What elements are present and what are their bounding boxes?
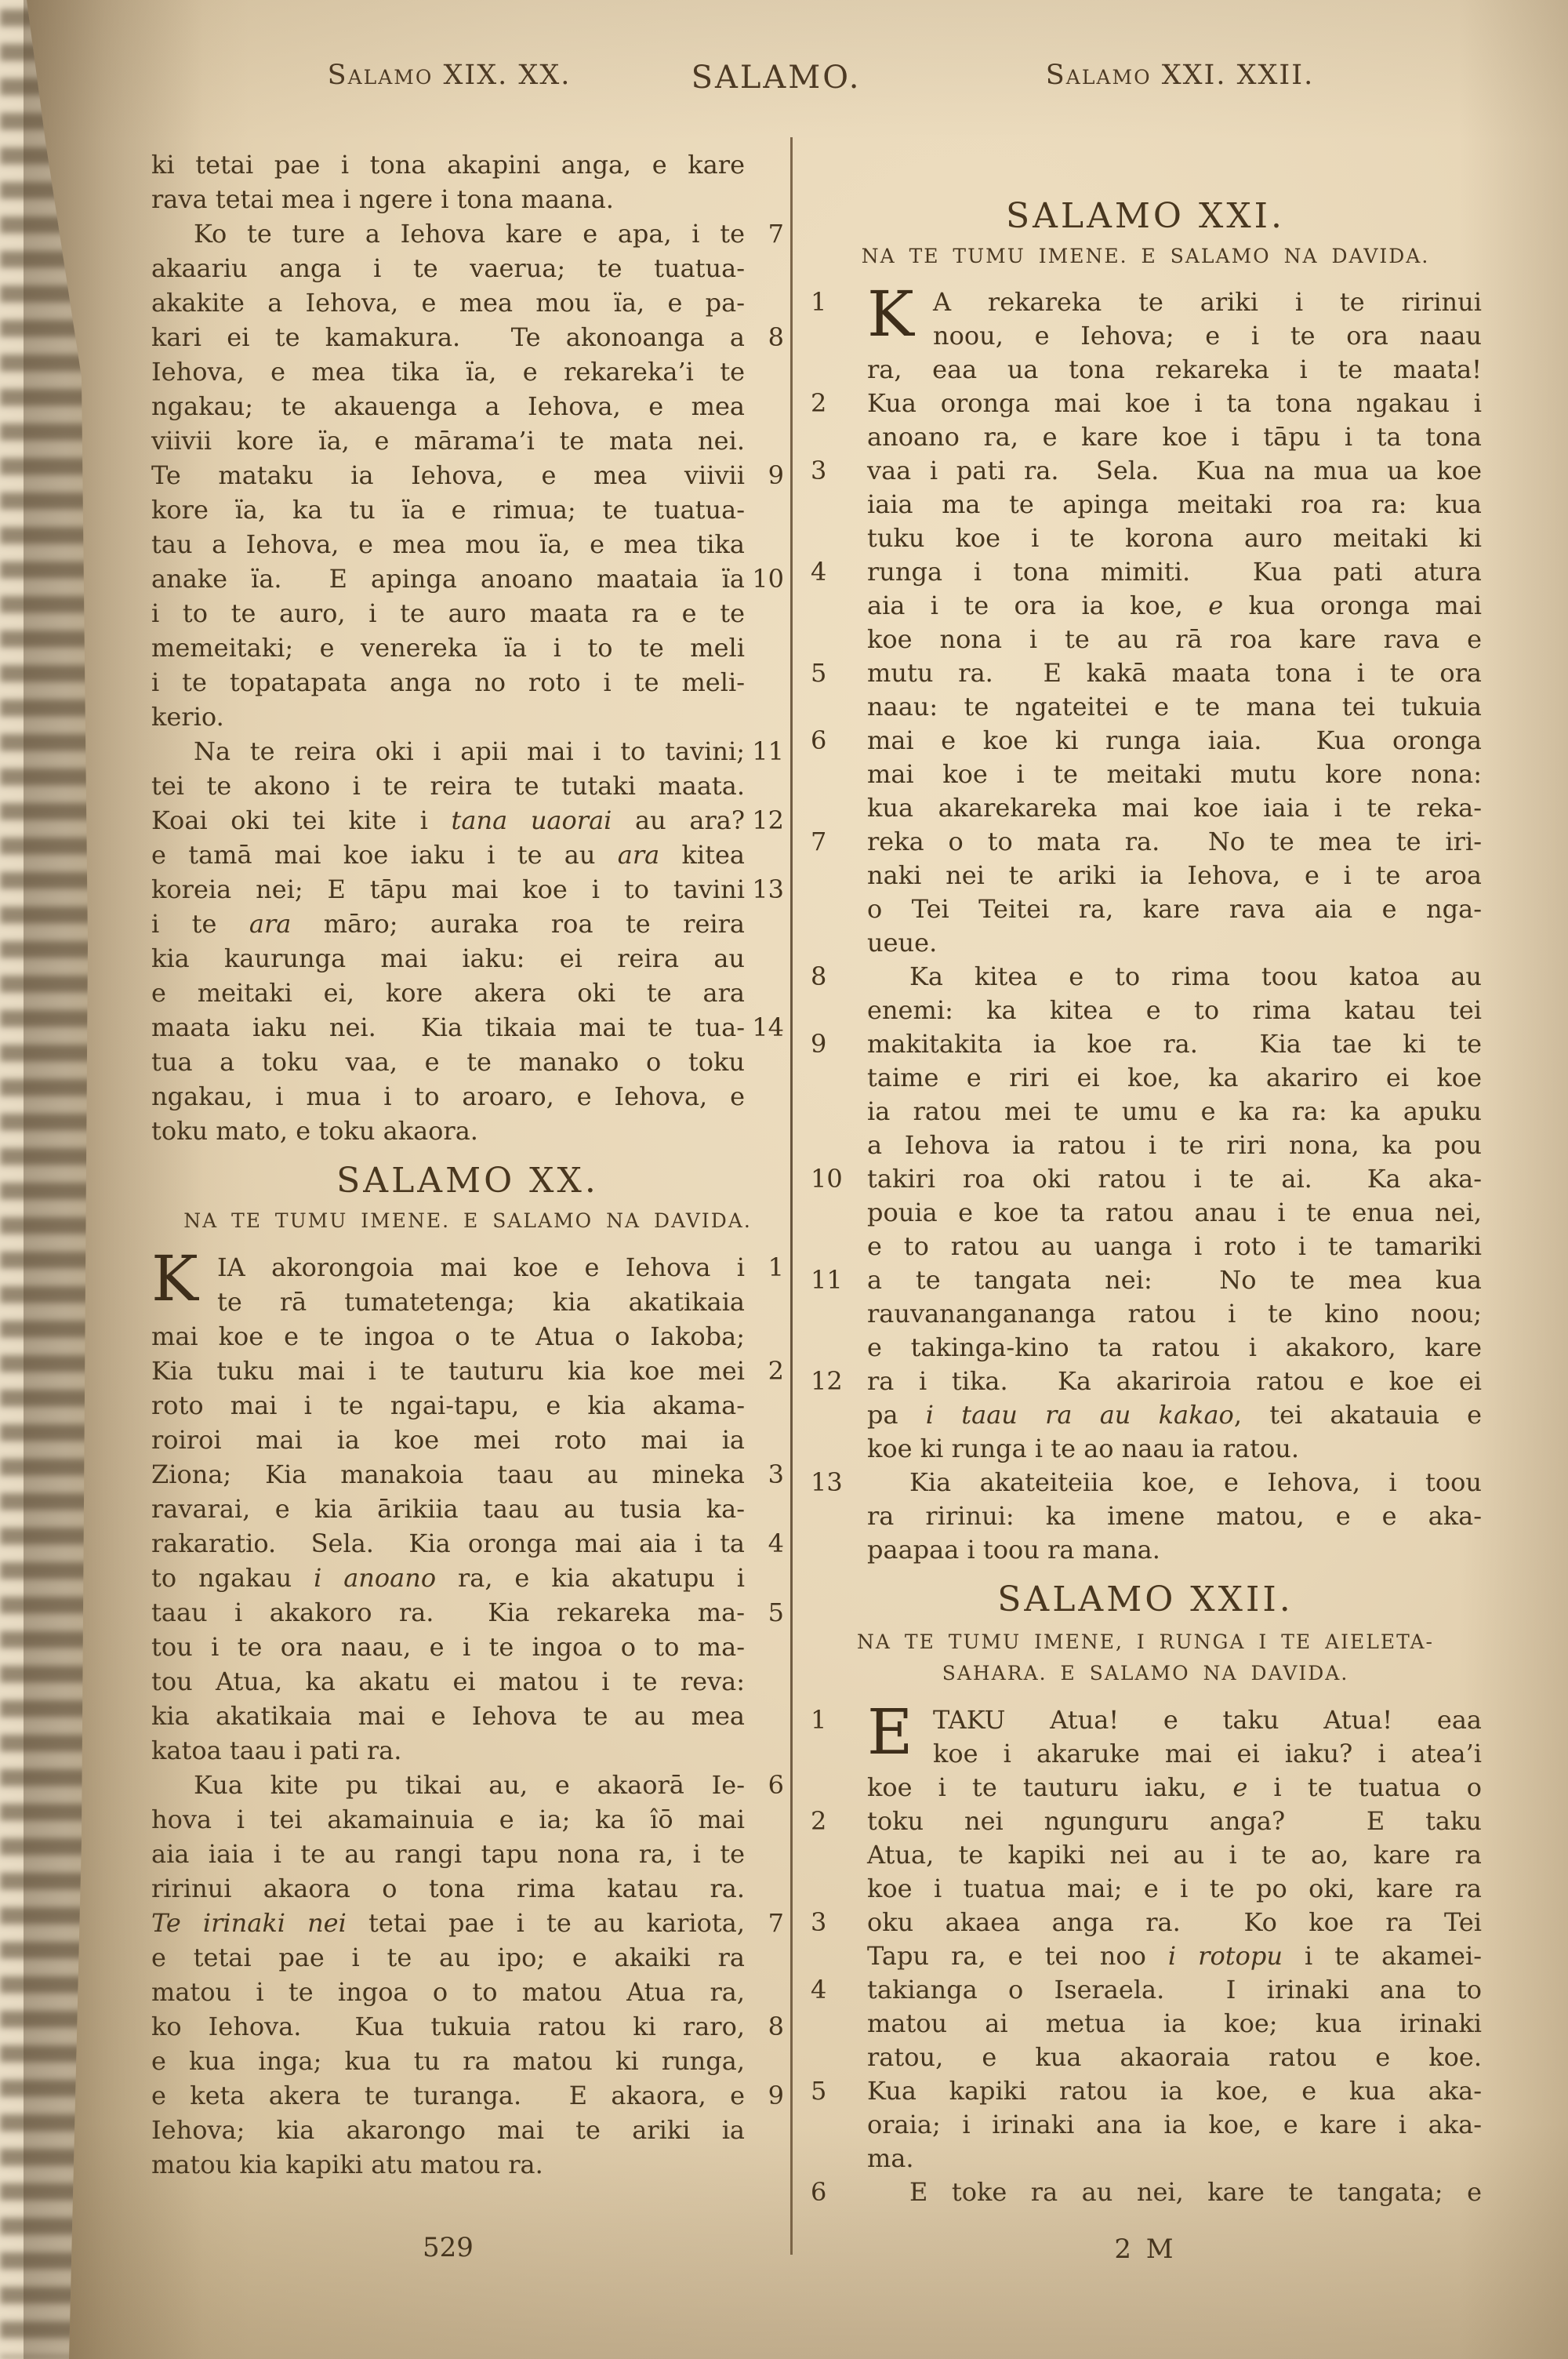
verse-text: oku akaea anga ra. Ko koe ra Tei <box>867 1906 1482 1939</box>
verse-number: 2 <box>745 1354 784 1388</box>
verse-number: 13 <box>745 872 784 907</box>
verse-number: 12 <box>745 803 784 838</box>
verse-text: to ngakau i anoano ra, e kia akatupu i <box>151 1561 745 1595</box>
text-line: 13koreia nei; E tāpu mai koe i to tavini <box>151 872 784 907</box>
psalm-21-verses: K 1A rekareka te ariki i te ririnuinoou,… <box>809 285 1482 1567</box>
verse-text: matou kia kapiki atu matou ra. <box>151 2147 745 2182</box>
verse-text: Kua kite pu tikai au, e akaorā Ie- <box>151 1768 745 1802</box>
text-line: 8Ka kitea e to rima toou katoa au <box>809 960 1482 994</box>
verse-text: viivii kore ïa, e mārama’i te mata nei. <box>151 423 745 458</box>
verse-number: 6 <box>809 724 867 758</box>
verse-text: i te topatapata anga no roto i te meli- <box>151 665 745 700</box>
text-line: tau a Iehova, e mea mou ïa, e mea tika <box>151 527 784 562</box>
verse-text: kua akarekareka mai koe iaia i te reka- <box>867 791 1482 825</box>
verse-number: 5 <box>745 1595 784 1630</box>
verse-text: mutu ra. E kakā maata tona i te ora <box>867 656 1482 690</box>
text-line: aia iaia i te au rangi tapu nona ra, i t… <box>151 1837 784 1871</box>
text-line: ririnui akaora o tona rima katau ra. <box>151 1871 784 1906</box>
text-line: 6mai e koe ki runga iaia. Kua oronga <box>809 724 1482 758</box>
text-line: toku mato, e toku akaora. <box>151 1114 784 1148</box>
text-line: ma. <box>809 2142 1482 2175</box>
text-line: 4rakaratio. Sela. Kia oronga mai aia i t… <box>151 1526 784 1561</box>
text-line: e tetai pae i te au ipo; e akaiki ra <box>151 1940 784 1975</box>
text-line: 12ra i tika. Ka akariroia ratou e koe ei <box>809 1365 1482 1398</box>
text-line: hova i tei akamainuia e ia; ka îō mai <box>151 1802 784 1837</box>
verse-text: toku mato, e toku akaora. <box>151 1114 745 1148</box>
text-line: o Tei Teitei ra, kare rava aia e nga- <box>809 892 1482 926</box>
verse-text: kore ïa, ka tu ïa e rimua; te tuatua- <box>151 493 745 527</box>
text-line: tuku koe i te korona auro meitaki ki <box>809 522 1482 555</box>
verse-text: takianga o Iseraela. I irinaki ana to <box>867 1973 1482 2007</box>
verse-text: ia ratou mei te umu e ka ra: ka apuku <box>867 1095 1482 1129</box>
psalm-19-verses: ki tetai pae i tona akapini anga, e kare… <box>151 147 784 1148</box>
verse-number: 9 <box>745 458 784 493</box>
verse-number: 10 <box>809 1162 867 1196</box>
verse-text: katoa taau i pati ra. <box>151 1733 745 1768</box>
verse-text: koe ki runga i te ao naau ia ratou. <box>867 1432 1482 1466</box>
verse-text: ki tetai pae i tona akapini anga, e kare <box>151 147 745 182</box>
verse-text: ra ririnui: ka imene matou, e e aka- <box>867 1499 1482 1533</box>
verse-text: e tetai pae i te au ipo; e akaiki ra <box>151 1940 745 1975</box>
text-line: roto mai i te ngai-tapu, e kia akama- <box>151 1388 784 1423</box>
verse-text: Ko te ture a Iehova kare e apa, i te <box>151 216 745 251</box>
verse-text: Kua oronga mai koe i ta tona ngakau i <box>867 387 1482 420</box>
text-line: rava tetai mea i ngere i tona maana. <box>151 182 784 216</box>
text-line: matou kia kapiki atu matou ra. <box>151 2147 784 2182</box>
text-line: e tamā mai koe iaku i te au ara kitea <box>151 838 784 872</box>
text-line: 12Koai oki tei kite i tana uaorai au ara… <box>151 803 784 838</box>
text-line: kua akarekareka mai koe iaia i te reka- <box>809 791 1482 825</box>
text-line: koe nona i te au rā roa kare rava e <box>809 623 1482 656</box>
psalm-22-verses: E 1TAKU Atua! e taku Atua! eaakoe i akar… <box>809 1703 1482 2209</box>
verse-text: ngakau; te akauenga a Iehova, e mea <box>151 389 745 423</box>
psalm-20-title: SALAMO XX. <box>151 1159 784 1203</box>
verse-number: 13 <box>809 1466 867 1499</box>
verse-text: vaa i pati ra. Sela. Kua na mua ua koe <box>867 454 1482 488</box>
verse-text: E toke ra au nei, kare te tangata; e <box>867 2175 1482 2209</box>
text-line: ra, eaa ua tona rekareka i te maata! <box>809 353 1482 387</box>
verse-text: tua a toku vaa, e te manako o toku <box>151 1045 745 1079</box>
verse-text: TAKU Atua! e taku Atua! eaa <box>867 1703 1482 1737</box>
column-divider-rule <box>790 137 793 2255</box>
verse-text: matou i te ingoa o to matou Atua ra, <box>151 1975 745 2009</box>
text-line: 9makitakita ia koe ra. Kia tae ki te <box>809 1027 1482 1061</box>
verse-text: Iehova; kia akarongo mai te ariki ia <box>151 2113 745 2147</box>
verse-text: Kua kapiki ratou ia koe, e kua aka- <box>867 2074 1482 2108</box>
text-line: mai koe i te meitaki mutu kore nona: <box>809 758 1482 791</box>
verse-text: matou ai metua ia koe; kua irinaki <box>867 2007 1482 2041</box>
verse-text: aia i te ora ia koe, e kua oronga mai <box>867 589 1482 623</box>
text-line: ratou, e kua akaoraia ratou e koe. <box>809 2041 1482 2074</box>
text-line: a Iehova ia ratou i te riri nona, ka pou <box>809 1129 1482 1162</box>
verse-text: Atua, te kapiki nei au i te ao, kare ra <box>867 1838 1482 1872</box>
verse-text: e tamā mai koe iaku i te au ara kitea <box>151 838 745 872</box>
text-line: paapaa i toou ra mana. <box>809 1533 1482 1567</box>
verse-text: mai e koe ki runga iaia. Kua oronga <box>867 724 1482 758</box>
text-line: anoano ra, e kare koe i tāpu i ta tona <box>809 420 1482 454</box>
signature-mark: 2 M <box>809 2234 1482 2265</box>
text-line: taime e riri ei koe, ka akariro ei koe <box>809 1061 1482 1095</box>
verse-text: runga i tona mimiti. Kua pati atura <box>867 555 1482 589</box>
text-line: memeitaki; e venereka ïa i to te meli <box>151 631 784 665</box>
verse-text: i te ara māro; auraka roa te reira <box>151 907 745 941</box>
psalm-22-subtitle-line1: NA TE TUMU IMENE, I RUNGA I TE AIELETA- <box>809 1627 1482 1658</box>
verse-number: 1 <box>745 1250 784 1285</box>
text-line: ia ratou mei te umu e ka ra: ka apuku <box>809 1095 1482 1129</box>
verse-text: kia kaurunga mai iaku: ei reira au <box>151 941 745 976</box>
verse-number: 8 <box>745 320 784 354</box>
drop-cap: K <box>867 283 914 346</box>
verse-number: 6 <box>809 2175 867 2209</box>
psalm-20-section: SALAMO XX. NA TE TUMU IMENE. E SALAMO NA… <box>151 1159 784 2182</box>
text-line: 10takiri roa oki ratou i te ai. Ka aka- <box>809 1162 1482 1196</box>
verse-text: roto mai i te ngai-tapu, e kia akama- <box>151 1388 745 1423</box>
verse-text: roiroi mai ia koe mei roto mai ia <box>151 1423 745 1457</box>
text-line: 5taau i akakoro ra. Kia rekareka ma- <box>151 1595 784 1630</box>
verse-number: 7 <box>809 825 867 859</box>
text-line: 4takianga o Iseraela. I irinaki ana to <box>809 1973 1482 2007</box>
text-line: 3Ziona; Kia manakoia taau au mineka <box>151 1457 784 1492</box>
text-line: te rā tumatetenga; kia akatikaia <box>151 1285 784 1319</box>
text-line: 11Na te reira oki i apii mai i to tavini… <box>151 734 784 769</box>
verse-text: i to te auro, i te auro maata ra e te <box>151 596 745 631</box>
verse-text: tei te akono i te reira te tutaki maata. <box>151 769 745 803</box>
text-line: 10anake ïa. E apinga anoano maataia ïa <box>151 562 784 596</box>
text-line: ngakau, i mua i to aroaro, e Iehova, e <box>151 1079 784 1114</box>
verse-text: ra, eaa ua tona rekareka i te maata! <box>867 353 1482 387</box>
text-line: 6E toke ra au nei, kare te tangata; e <box>809 2175 1482 2209</box>
verse-text: kari ei te kamakura. Te akonoanga a <box>151 320 745 354</box>
psalm-20-subtitle: NA TE TUMU IMENE. E SALAMO NA DAVIDA. <box>151 1208 784 1234</box>
verse-number: 11 <box>745 734 784 769</box>
text-line: i te ara māro; auraka roa te reira <box>151 907 784 941</box>
text-line: 8ko Iehova. Kua tukuia ratou ki raro, <box>151 2009 784 2044</box>
text-line: 9e keta akera te turanga. E akaora, e <box>151 2078 784 2113</box>
verse-text: aia iaia i te au rangi tapu nona ra, i t… <box>151 1837 745 1871</box>
text-line: matou ai metua ia koe; kua irinaki <box>809 2007 1482 2041</box>
verse-text: iaia ma te apinga meitaki roa ra: kua <box>867 488 1482 522</box>
verse-text: ko Iehova. Kua tukuia ratou ki raro, <box>151 2009 745 2044</box>
text-line: akakite a Iehova, e mea mou ïa, e pa- <box>151 285 784 320</box>
verse-text: ratou, e kua akaoraia ratou e koe. <box>867 2041 1482 2074</box>
text-line: e to ratou au uanga i roto i te tamariki <box>809 1230 1482 1263</box>
text-line: Iehova, e mea tika ïa, e rekareka’i te <box>151 354 784 389</box>
text-line: 9Te mataku ia Iehova, e mea viivii <box>151 458 784 493</box>
verse-text: A rekareka te ariki i te ririnui <box>867 285 1482 319</box>
psalm-22-subtitle-line2: SAHARA. E SALAMO NA DAVIDA. <box>809 1658 1482 1689</box>
text-line: to ngakau i anoano ra, e kia akatupu i <box>151 1561 784 1595</box>
verse-number: 7 <box>745 1906 784 1940</box>
verse-number: 14 <box>745 1010 784 1045</box>
text-line: kerio. <box>151 700 784 734</box>
text-line: tou i te ora naau, e i te ingoa o to ma- <box>151 1630 784 1664</box>
text-line: rauvanangananga ratou i te kino noou; <box>809 1297 1482 1331</box>
verse-text: Kia akateiteiia koe, e Iehova, i toou <box>867 1466 1482 1499</box>
verse-text: kia akatikaia mai e Iehova te au mea <box>151 1699 745 1733</box>
text-line: naki nei te ariki ia Iehova, e i te aroa <box>809 859 1482 892</box>
verse-text: rava tetai mea i ngere i tona maana. <box>151 182 745 216</box>
verse-text: ravarai, e kia ārikiia taau au tusia ka- <box>151 1492 745 1526</box>
verse-text: ririnui akaora o tona rima katau ra. <box>151 1871 745 1906</box>
text-line: roiroi mai ia koe mei roto mai ia <box>151 1423 784 1457</box>
text-line: 1IA akorongoia mai koe e Iehova i <box>151 1250 784 1285</box>
verse-text: taau i akakoro ra. Kia rekareka ma- <box>151 1595 745 1630</box>
verse-text: tuku koe i te korona auro meitaki ki <box>867 522 1482 555</box>
text-line: Tapu ra, e tei noo i rotopu i te akamei- <box>809 1939 1482 1973</box>
text-line: viivii kore ïa, e mārama’i te mata nei. <box>151 423 784 458</box>
left-column: ki tetai pae i tona akapini anga, e kare… <box>151 147 784 2182</box>
verse-text: Koai oki tei kite i tana uaorai au ara? <box>151 803 745 838</box>
text-line: 7reka o to mata ra. No te mea te iri- <box>809 825 1482 859</box>
verse-text: tou i te ora naau, e i te ingoa o to ma- <box>151 1630 745 1664</box>
text-line: Atua, te kapiki nei au i te ao, kare ra <box>809 1838 1482 1872</box>
text-line: aia i te ora ia koe, e kua oronga mai <box>809 589 1482 623</box>
verse-text: rauvanangananga ratou i te kino noou; <box>867 1297 1482 1331</box>
text-line: koe i te tauturu iaku, e i te tuatua o <box>809 1771 1482 1805</box>
text-line: 8kari ei te kamakura. Te akonoanga a <box>151 320 784 354</box>
verse-text: Te mataku ia Iehova, e mea viivii <box>151 458 745 493</box>
verse-number: 3 <box>809 454 867 488</box>
text-line: koe i tuatua mai; e i te po oki, kare ra <box>809 1872 1482 1906</box>
verse-text: tou Atua, ka akatu ei matou i te reva: <box>151 1664 745 1699</box>
verse-number: 2 <box>809 387 867 420</box>
verse-text: paapaa i toou ra mana. <box>867 1533 1482 1567</box>
psalm-21-subtitle: NA TE TUMU IMENE. E SALAMO NA DAVIDA. <box>809 243 1482 270</box>
verse-text: pouia e koe ta ratou anau i te enua nei, <box>867 1196 1482 1230</box>
right-column: SALAMO XXI. NA TE TUMU IMENE. E SALAMO N… <box>809 147 1482 2209</box>
verse-text: takiri roa oki ratou i te ai. Ka aka- <box>867 1162 1482 1196</box>
text-line: 11a te tangata nei: No te mea kua <box>809 1263 1482 1297</box>
text-line: akaariu anga i te vaerua; te tuatua- <box>151 251 784 285</box>
verse-text: koe i tuatua mai; e i te po oki, kare ra <box>867 1872 1482 1906</box>
verse-text: akakite a Iehova, e mea mou ïa, e pa- <box>151 285 745 320</box>
verse-text: Kia tuku mai i te tauturu kia koe mei <box>151 1354 745 1388</box>
text-line: e kua inga; kua tu ra matou ki runga, <box>151 2044 784 2078</box>
text-line: naau: te ngateitei e te mana tei tukuia <box>809 690 1482 724</box>
drop-cap: K <box>151 1248 198 1310</box>
verse-text: Te irinaki nei tetai pae i te au kariota… <box>151 1906 745 1940</box>
verse-text: Iehova, e mea tika ïa, e rekareka’i te <box>151 354 745 389</box>
text-line: e meitaki ei, kore akera oki te ara <box>151 976 784 1010</box>
verse-number: 1 <box>809 1703 867 1737</box>
text-line: i to te auro, i te auro maata ra e te <box>151 596 784 631</box>
psalm-21-title: SALAMO XXI. <box>809 194 1482 238</box>
verse-number: 5 <box>809 656 867 690</box>
verse-text: tau a Iehova, e mea mou ïa, e mea tika <box>151 527 745 562</box>
text-line: 2Kua oronga mai koe i ta tona ngakau i <box>809 387 1482 420</box>
verse-text: IA akorongoia mai koe e Iehova i <box>151 1250 745 1285</box>
verse-text: memeitaki; e venereka ïa i to te meli <box>151 631 745 665</box>
verse-text: e kua inga; kua tu ra matou ki runga, <box>151 2044 745 2078</box>
verse-number: 11 <box>809 1263 867 1297</box>
text-line: e takinga-kino ta ratou i akakoro, kare <box>809 1331 1482 1365</box>
verse-number: 8 <box>809 960 867 994</box>
verse-text: koe nona i te au rā roa kare rava e <box>867 623 1482 656</box>
text-line: 4runga i tona mimiti. Kua pati atura <box>809 555 1482 589</box>
verse-text: mai koe e te ingoa o te Atua o Iakoba; <box>151 1319 745 1354</box>
text-line: ueue. <box>809 926 1482 960</box>
verse-text: e meitaki ei, kore akera oki te ara <box>151 976 745 1010</box>
verse-text: Ka kitea e to rima toou katoa au <box>867 960 1482 994</box>
text-line: tei te akono i te reira te tutaki maata. <box>151 769 784 803</box>
verse-text: reka o to mata ra. No te mea te iri- <box>867 825 1482 859</box>
verse-text: kerio. <box>151 700 745 734</box>
verse-text: noou, e Iehova; e i te ora naau <box>867 319 1482 353</box>
text-line: mai koe e te ingoa o te Atua o Iakoba; <box>151 1319 784 1354</box>
verse-text: makitakita ia koe ra. Kia tae ki te <box>867 1027 1482 1061</box>
verse-number: 10 <box>745 562 784 596</box>
text-line: 5Kua kapiki ratou ia koe, e kua aka- <box>809 2074 1482 2108</box>
text-line: tou Atua, ka akatu ei matou i te reva: <box>151 1664 784 1699</box>
verse-number: 12 <box>809 1365 867 1398</box>
verse-text: oraia; i irinaki ana ia koe, e kare i ak… <box>867 2108 1482 2142</box>
verse-text: Tapu ra, e tei noo i rotopu i te akamei- <box>867 1939 1482 1973</box>
text-line: kia akatikaia mai e Iehova te au mea <box>151 1699 784 1733</box>
verse-text: anake ïa. E apinga anoano maataia ïa <box>151 562 745 596</box>
verse-text: koe i akaruke mai ei iaku? i atea’i <box>867 1737 1482 1771</box>
verse-number: 8 <box>745 2009 784 2044</box>
text-line: Iehova; kia akarongo mai te ariki ia <box>151 2113 784 2147</box>
text-line: koe ki runga i te ao naau ia ratou. <box>809 1432 1482 1466</box>
verse-number: 9 <box>745 2078 784 2113</box>
verse-text: a Iehova ia ratou i te riri nona, ka pou <box>867 1129 1482 1162</box>
psalm-22-section: SALAMO XXII. NA TE TUMU IMENE, I RUNGA I… <box>809 1578 1482 2209</box>
text-line: 5mutu ra. E kakā maata tona i te ora <box>809 656 1482 690</box>
verse-number: 9 <box>809 1027 867 1061</box>
verse-text: taime e riri ei koe, ka akariro ei koe <box>867 1061 1482 1095</box>
text-line: 2toku nei ngunguru anga? E taku <box>809 1805 1482 1838</box>
verse-text: pa i taau ra au kakao, tei akatauia e <box>867 1398 1482 1432</box>
verse-text: Ziona; Kia manakoia taau au mineka <box>151 1457 745 1492</box>
text-line: ki tetai pae i tona akapini anga, e kare <box>151 147 784 182</box>
text-line: kore ïa, ka tu ïa e rimua; te tuatua- <box>151 493 784 527</box>
text-line: enemi: ka kitea e to rima katau tei <box>809 994 1482 1027</box>
verse-text: enemi: ka kitea e to rima katau tei <box>867 994 1482 1027</box>
verse-text: toku nei ngunguru anga? E taku <box>867 1805 1482 1838</box>
verse-text: ngakau, i mua i to aroaro, e Iehova, e <box>151 1079 745 1114</box>
verse-text: akaariu anga i te vaerua; te tuatua- <box>151 251 745 285</box>
text-line: 2Kia tuku mai i te tauturu kia koe mei <box>151 1354 784 1388</box>
verse-text: mai koe i te meitaki mutu kore nona: <box>867 758 1482 791</box>
text-line: 14maata iaku nei. Kia tikaia mai te tua- <box>151 1010 784 1045</box>
verse-text: naki nei te ariki ia Iehova, e i te aroa <box>867 859 1482 892</box>
verse-text: rakaratio. Sela. Kia oronga mai aia i ta <box>151 1526 745 1561</box>
text-line: 13Kia akateiteiia koe, e Iehova, i toou <box>809 1466 1482 1499</box>
page-number: 529 <box>151 2232 745 2263</box>
text-line: pa i taau ra au kakao, tei akatauia e <box>809 1398 1482 1432</box>
text-line: matou i te ingoa o to matou Atua ra, <box>151 1975 784 2009</box>
text-line: tua a toku vaa, e te manako o toku <box>151 1045 784 1079</box>
verse-text: koreia nei; E tāpu mai koe i to tavini <box>151 872 745 907</box>
verse-text: o Tei Teitei ra, kare rava aia e nga- <box>867 892 1482 926</box>
text-line: iaia ma te apinga meitaki roa ra: kua <box>809 488 1482 522</box>
text-line: kia kaurunga mai iaku: ei reira au <box>151 941 784 976</box>
verse-number: 4 <box>809 1973 867 2007</box>
verse-number: 5 <box>809 2074 867 2108</box>
book-page-scan: Salamo XIX. XX. SALAMO. Salamo XXI. XXII… <box>0 0 1568 2359</box>
psalm-22-title: SALAMO XXII. <box>809 1578 1482 1622</box>
verse-text: a te tangata nei: No te mea kua <box>867 1263 1482 1297</box>
verse-text: naau: te ngateitei e te mana tei tukuia <box>867 690 1482 724</box>
verse-number: 3 <box>809 1906 867 1939</box>
verse-text: e keta akera te turanga. E akaora, e <box>151 2078 745 2113</box>
verse-number: 2 <box>809 1805 867 1838</box>
psalm-19-section: ki tetai pae i tona akapini anga, e kare… <box>151 147 784 1148</box>
verse-number: 3 <box>745 1457 784 1492</box>
verse-number: 4 <box>745 1526 784 1561</box>
verse-text: ueue. <box>867 926 1482 960</box>
verse-text: ra i tika. Ka akariroia ratou e koe ei <box>867 1365 1482 1398</box>
verse-number: 6 <box>745 1768 784 1802</box>
verse-number: 4 <box>809 555 867 589</box>
verse-text: maata iaku nei. Kia tikaia mai te tua- <box>151 1010 745 1045</box>
text-line: 7Te irinaki nei tetai pae i te au kariot… <box>151 1906 784 1940</box>
verse-number: 7 <box>745 216 784 251</box>
text-line: 3oku akaea anga ra. Ko koe ra Tei <box>809 1906 1482 1939</box>
text-line: oraia; i irinaki ana ia koe, e kare i ak… <box>809 2108 1482 2142</box>
text-line: ngakau; te akauenga a Iehova, e mea <box>151 389 784 423</box>
psalm-21-section: SALAMO XXI. NA TE TUMU IMENE. E SALAMO N… <box>809 194 1482 1567</box>
text-line: ra ririnui: ka imene matou, e e aka- <box>809 1499 1482 1533</box>
verse-number: 1 <box>809 285 867 319</box>
psalm-20-verses: K 1IA akorongoia mai koe e Iehova ite rā… <box>151 1250 784 2182</box>
verse-text: te rā tumatetenga; kia akatikaia <box>151 1285 745 1319</box>
running-head-right: Salamo XXI. XXII. <box>878 60 1482 91</box>
verse-text: Na te reira oki i apii mai i to tavini; <box>151 734 745 769</box>
text-line: katoa taau i pati ra. <box>151 1733 784 1768</box>
text-line: 3vaa i pati ra. Sela. Kua na mua ua koe <box>809 454 1482 488</box>
text-line: ravarai, e kia ārikiia taau au tusia ka- <box>151 1492 784 1526</box>
verse-text: hova i tei akamainuia e ia; ka îō mai <box>151 1802 745 1837</box>
verse-text: e takinga-kino ta ratou i akakoro, kare <box>867 1331 1482 1365</box>
verse-text: anoano ra, e kare koe i tāpu i ta tona <box>867 420 1482 454</box>
text-line: i te topatapata anga no roto i te meli- <box>151 665 784 700</box>
text-line: 7Ko te ture a Iehova kare e apa, i te <box>151 216 784 251</box>
text-line: pouia e koe ta ratou anau i te enua nei, <box>809 1196 1482 1230</box>
text-line: 6Kua kite pu tikai au, e akaorā Ie- <box>151 1768 784 1802</box>
verse-text: koe i te tauturu iaku, e i te tuatua o <box>867 1771 1482 1805</box>
drop-cap: E <box>867 1701 913 1764</box>
verse-text: ma. <box>867 2142 1482 2175</box>
verse-text: e to ratou au uanga i roto i te tamariki <box>867 1230 1482 1263</box>
